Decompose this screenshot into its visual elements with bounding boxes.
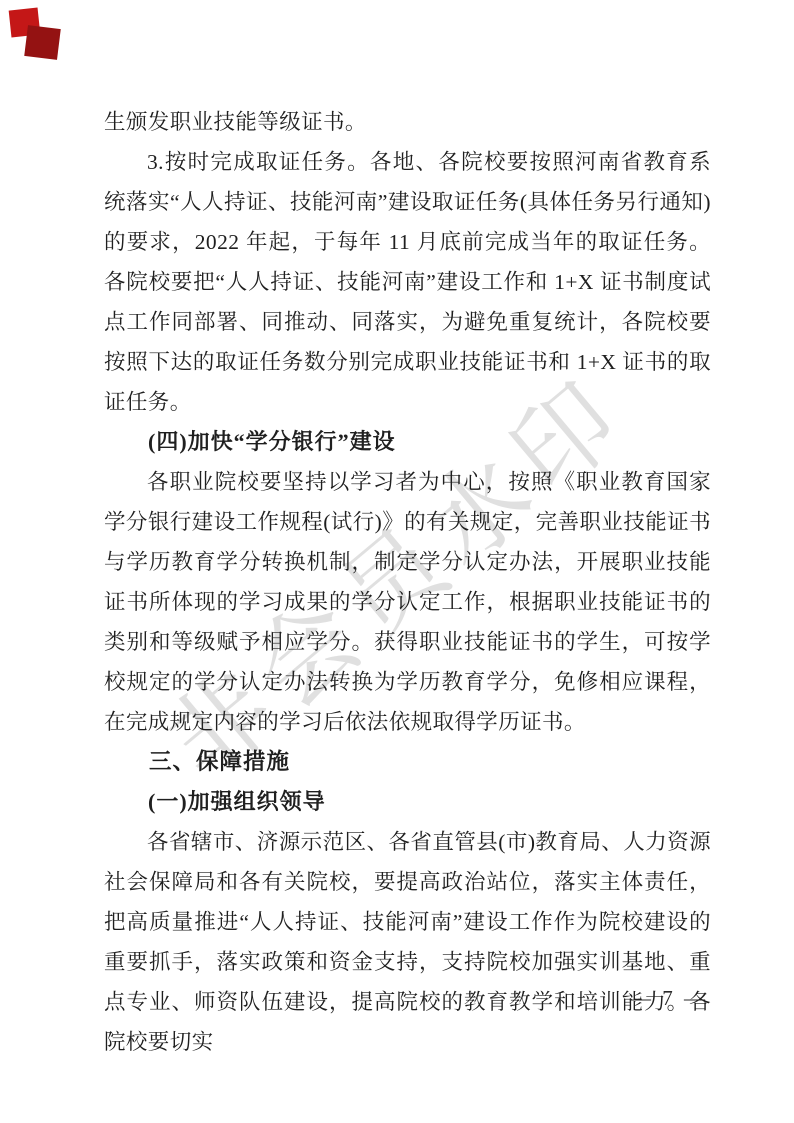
section-heading: (四)加快“学分银行”建设 [104, 422, 711, 462]
paragraph: 各省辖市、济源示范区、各省直管县(市)教育局、人力资源社会保障局和各有关院校，要… [104, 822, 711, 1062]
page-number: — 7 — [630, 986, 708, 1011]
section-heading: (一)加强组织领导 [104, 782, 711, 822]
paragraph: 各职业院校要坚持以学习者为中心，按照《职业教育国家学分银行建设工作规程(试行)》… [104, 462, 711, 742]
document-body: 生颁发职业技能等级证书。3.按时完成取证任务。各地、各院校要按照河南省教育系统落… [104, 102, 711, 1062]
section-heading: 三、保障措施 [104, 742, 711, 782]
corner-stamp-icon [24, 25, 61, 60]
paragraph: 生颁发职业技能等级证书。 [104, 102, 711, 142]
document-page: 非会员水印 生颁发职业技能等级证书。3.按时完成取证任务。各地、各院校要按照河南… [0, 0, 794, 1123]
paragraph: 3.按时完成取证任务。各地、各院校要按照河南省教育系统落实“人人持证、技能河南”… [104, 142, 711, 422]
